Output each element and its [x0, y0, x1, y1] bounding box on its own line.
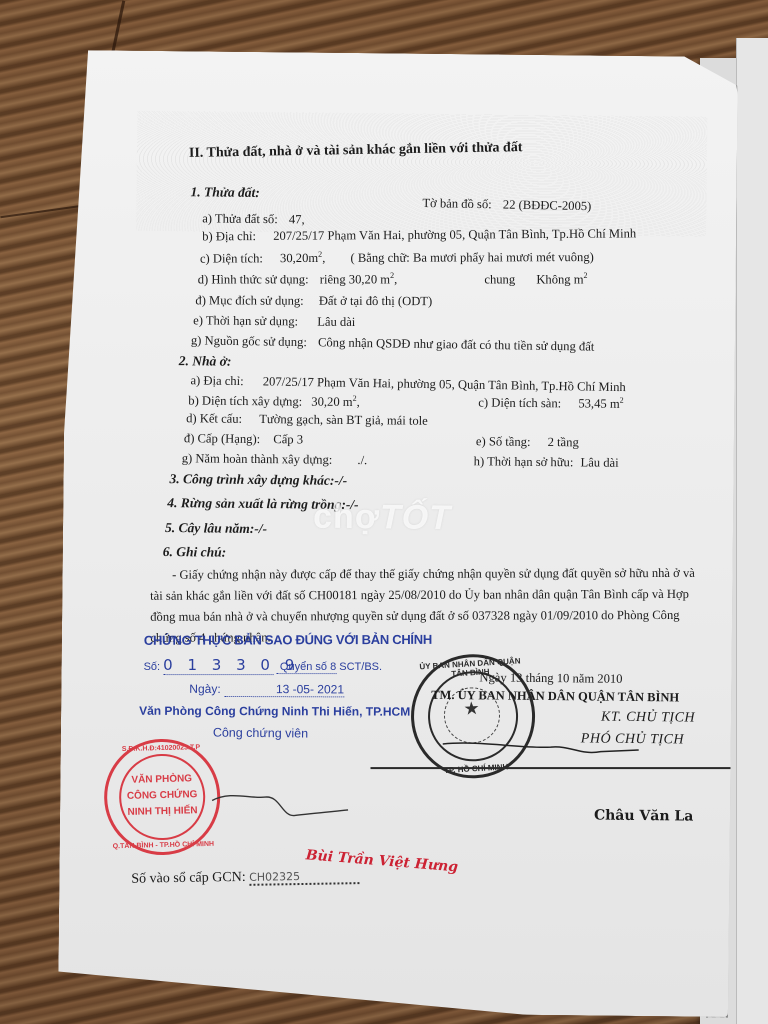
issuing-authority: TM. ỦY BAN NHÂN DÂN QUẬN TÂN BÌNH	[431, 688, 679, 706]
usage-purpose: đ) Mục đích sử dụng: Đất ở tại đô thị (O…	[195, 293, 432, 309]
floor-area-label: c) Diện tích sàn:	[478, 396, 561, 411]
copy-date-value: 13 -05- 2021	[224, 682, 344, 697]
seal-center-text: VĂN PHÒNG CÔNG CHỨNG NINH THỊ HIẾN	[107, 771, 218, 822]
certified-copy-date: Ngày: 13 -05- 2021	[189, 682, 344, 698]
ownership-term: h) Thời hạn sở hữu: Lâu dài	[474, 454, 619, 471]
section-title: II. Thửa đất, nhà ở và tài sản khác gắn …	[189, 140, 523, 162]
land-address: b) Địa chỉ: 207/25/17 Phạm Văn Hai, phườ…	[202, 226, 636, 244]
structure-value: Tường gạch, sàn BT giả, mái tole	[259, 412, 428, 428]
term-value: Lâu dài	[317, 315, 355, 329]
origin-label: g) Nguồn gốc sử dụng:	[191, 333, 307, 349]
registry-label: Số vào sổ cấp GCN:	[131, 870, 246, 887]
usage-form: d) Hình thức sử dụng: riêng 30,20 m2, ch…	[198, 271, 588, 287]
usage-term: e) Thời hạn sử dụng: Lâu dài	[193, 313, 355, 330]
registry-value: CH02325	[249, 869, 359, 886]
copy-book-suffix: SCT/BS.	[339, 661, 382, 673]
land-address-label: b) Địa chỉ:	[202, 229, 256, 243]
floors-value: 2 tầng	[548, 435, 579, 449]
notes-heading: 6. Ghi chú:	[163, 544, 227, 561]
parcel-number: a) Thửa đất số: 47,	[202, 211, 305, 227]
certified-copy-title: CHỨNG THỰC BẢN SAO ĐÚNG VỚI BẢN CHÍNH	[144, 632, 432, 648]
ownership-term-value: Lâu dài	[580, 455, 618, 469]
origin-value: Công nhận QSDĐ như giao đất có thu tiền …	[318, 335, 595, 353]
official-signature-stroke	[441, 734, 641, 766]
house-address-label: a) Địa chỉ:	[190, 373, 243, 388]
parcel-value: 47,	[289, 212, 305, 226]
map-sheet-value: 22 (BĐĐC-2005)	[503, 198, 592, 214]
land-area: c) Diện tích: 30,20m2, ( Bằng chữ: Ba mư…	[200, 249, 594, 267]
build-area-value: 30,20 m2,	[311, 395, 360, 410]
land-area-value: 30,20m2,	[280, 251, 325, 265]
completion-label: g) Năm hoàn thành xây dựng:	[182, 451, 333, 467]
land-area-label: c) Diện tích:	[200, 251, 263, 265]
land-address-value: 207/25/17 Phạm Văn Hai, phường 05, Quận …	[273, 226, 636, 243]
notary-role: Công chứng viên	[213, 726, 308, 741]
floors: e) Số tầng: 2 tầng	[476, 434, 579, 450]
issue-date: Ngày 13 tháng 10 năm 2010	[479, 670, 622, 686]
notary-signature-stroke	[210, 787, 350, 828]
term-label: e) Thời hạn sử dụng:	[193, 313, 298, 328]
completion-value: ./.	[357, 453, 367, 467]
structure-label: d) Kết cấu:	[186, 411, 242, 426]
notary-office: Văn Phòng Công Chứng Ninh Thi Hiến, TP.H…	[139, 704, 410, 719]
grade-value: Cấp 3	[273, 432, 303, 446]
purpose-value: Đất ở tại đô thị (ODT)	[319, 294, 432, 308]
grade-label: đ) Cấp (Hạng):	[184, 431, 260, 446]
house-heading: 2. Nhà ở:	[179, 353, 232, 370]
perennial-trees: 5. Cây lâu năm:-/-	[165, 520, 267, 537]
structure: d) Kết cấu: Tường gạch, sàn BT giả, mái …	[186, 411, 428, 429]
house-address: a) Địa chỉ: 207/25/17 Phạm Văn Hai, phườ…	[190, 373, 625, 395]
notary-office-seal: S.Đ.K.H.Đ:41020023.T.P VĂN PHÒNG CÔNG CH…	[103, 738, 222, 857]
usage-origin: g) Nguồn gốc sử dụng: Công nhận QSDĐ như…	[191, 333, 595, 354]
copy-number-value: 0 1 3 3 0 9	[163, 656, 273, 675]
copy-book-label: Quyển số 8	[276, 661, 336, 674]
parcel-label: a) Thửa đất số:	[202, 211, 278, 226]
registry-entry: Số vào sổ cấp GCN: CH02325	[131, 868, 359, 888]
certified-copy-number: Số: 0 1 3 3 0 9 Quyển số 8 SCT/BS.	[144, 656, 383, 675]
land-area-words: ( Bằng chữ: Ba mươi phẩy hai mươi mét vu…	[350, 250, 593, 265]
floor-area-value: 53,45 m2	[578, 397, 623, 411]
copy-date-label: Ngày:	[189, 682, 220, 696]
usage-shared-label: chung	[484, 273, 515, 287]
map-sheet: Tờ bản đồ số: 22 (BĐĐC-2005)	[422, 196, 591, 214]
floor-area: c) Diện tích sàn: 53,45 m2	[478, 394, 623, 412]
certificate-content: II. Thửa đất, nhà ở và tài sản khác gắn …	[58, 50, 738, 1017]
usage-private: riêng 30,20 m2,	[320, 273, 397, 287]
house-address-value: 207/25/17 Phạm Văn Hai, phường 05, Quận …	[263, 374, 626, 394]
grade: đ) Cấp (Hạng): Cấp 3	[184, 431, 303, 447]
usage-shared-value: Không m2	[536, 273, 587, 287]
copy-number-label: Số:	[144, 661, 161, 673]
signer-name: Châu Văn La	[594, 808, 694, 825]
land-heading: 1. Thửa đất:	[190, 184, 259, 201]
certificate-page: II. Thửa đất, nhà ở và tài sản khác gắn …	[58, 50, 738, 1017]
seal-ring-top: S.Đ.K.H.Đ:41020023.T.P	[106, 744, 216, 754]
signer-role-1: KT. CHỦ TỊCH	[601, 710, 695, 727]
purpose-label: đ) Mục đích sử dụng:	[195, 293, 303, 307]
right-page-edge	[736, 38, 768, 1024]
build-area: b) Diện tích xây dựng: 30,20 m2,	[188, 392, 360, 410]
seal-ring-bottom: Q.TÂN BÌNH - TP.HỒ CHÍ MINH	[108, 841, 218, 851]
completion-year: g) Năm hoàn thành xây dựng: ./.	[182, 451, 368, 468]
ownership-term-label: h) Thời hạn sở hữu:	[474, 454, 574, 469]
build-area-label: b) Diện tích xây dựng:	[188, 393, 302, 408]
signature-divider-line	[371, 767, 731, 769]
floors-label: e) Số tầng:	[476, 434, 531, 449]
other-construction: 3. Công trình xây dựng khác:-/-	[169, 471, 347, 489]
chotot-watermark: chợTỐT	[313, 498, 451, 538]
map-sheet-label: Tờ bản đồ số:	[422, 196, 492, 211]
usage-form-label: d) Hình thức sử dụng:	[198, 273, 309, 287]
